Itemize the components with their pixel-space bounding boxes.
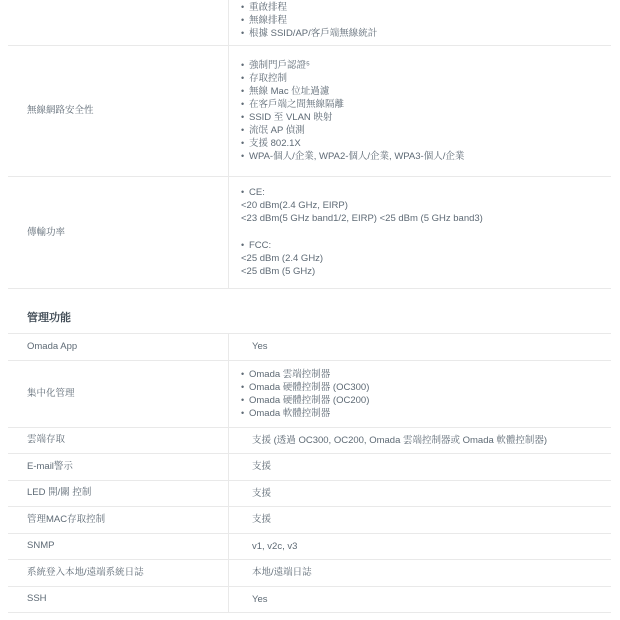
bullet-item: •Omada 硬體控制器 (OC300) [241, 381, 603, 394]
spec-value: 支援 (透過 OC300, OC200, Omada 雲端控制器或 Omada … [228, 428, 611, 454]
spec-row: 管理MAC存取控制支援 [8, 507, 611, 534]
bullet-item: •重啟排程 [241, 1, 603, 14]
spec-value: Yes [228, 334, 611, 360]
bullet-item: •流氓 AP 偵測 [241, 124, 603, 137]
value-line: <25 dBm (5 GHz) [241, 265, 603, 278]
spec-table-wireless: •重啟排程•無線排程•根據 SSID/AP/客戶端無線統計無線網路安全性•強制門… [8, 0, 611, 289]
bullet-text: 根據 SSID/AP/客戶端無線統計 [249, 27, 603, 40]
bullet-item: •Omada 雲端控制器 [241, 368, 603, 381]
value-text: 支援 [252, 461, 603, 473]
spec-label: E-mail警示 [8, 454, 228, 480]
bullet-icon: • [241, 368, 249, 381]
spec-value: 支援 [228, 507, 611, 533]
bullet-text: 流氓 AP 偵測 [249, 124, 603, 137]
spec-value: v1, v2c, v3 [228, 534, 611, 560]
value-line: <25 dBm (2.4 GHz) [241, 252, 603, 265]
bullet-item: •無線 Mac 位址過濾 [241, 85, 603, 98]
bullet-text: 支援 802.1X [249, 137, 603, 150]
bullet-text: Omada 軟體控制器 [249, 407, 603, 420]
value-text: 支援 (透過 OC300, OC200, Omada 雲端控制器或 Omada … [252, 435, 603, 447]
value-text: 本地/遠端日誌 [252, 567, 603, 579]
bullet-text: WPA-個人/企業, WPA2-個人/企業, WPA3-個人/企業 [249, 150, 603, 163]
spec-label: 系統登入本地/遠端系統日誌 [8, 560, 228, 586]
spec-label: Omada App [8, 334, 228, 360]
bullet-icon: • [241, 1, 249, 14]
bullet-icon: • [241, 150, 249, 163]
spec-row: 系統登入本地/遠端系統日誌本地/遠端日誌 [8, 560, 611, 587]
spec-row: 無線網路安全性•強制門戶認證⁵•存取控制•無線 Mac 位址過濾•在客戶端之間無… [8, 46, 611, 177]
spec-row: 雲端存取支援 (透過 OC300, OC200, Omada 雲端控制器或 Om… [8, 428, 611, 455]
spec-value: 本地/遠端日誌 [228, 560, 611, 586]
spec-label: 雲端存取 [8, 428, 228, 454]
bullet-icon: • [241, 124, 249, 137]
bullet-icon: • [241, 394, 249, 407]
spec-value: •重啟排程•無線排程•根據 SSID/AP/客戶端無線統計 [228, 0, 611, 45]
spec-label [8, 0, 228, 45]
value-text: v1, v2c, v3 [252, 541, 603, 553]
bullet-item: •SSID 至 VLAN 映射 [241, 111, 603, 124]
bullet-text: 無線排程 [249, 14, 603, 27]
bullet-item: •Omada 硬體控制器 (OC200) [241, 394, 603, 407]
bullet-icon: • [241, 85, 249, 98]
group-gap [241, 225, 603, 239]
spec-row: LED 開/關 控制支援 [8, 481, 611, 508]
spec-row: SNMPv1, v2c, v3 [8, 534, 611, 561]
value-text: 支援 [252, 514, 603, 526]
bullet-item: •Omada 軟體控制器 [241, 407, 603, 420]
spec-label: SNMP [8, 534, 228, 560]
spec-row: Omada AppYes [8, 334, 611, 361]
spec-row: 傳輸功率•CE:<20 dBm(2.4 GHz, EIRP)<23 dBm(5 … [8, 177, 611, 289]
spec-row: 集中化管理•Omada 雲端控制器•Omada 硬體控制器 (OC300)•Om… [8, 361, 611, 428]
bullet-icon: • [241, 59, 249, 72]
value-line: <23 dBm(5 GHz band1/2, EIRP) <25 dBm (5 … [241, 212, 603, 225]
spec-label: SSH [8, 587, 228, 613]
bullet-text: 重啟排程 [249, 1, 603, 14]
bullet-item: •FCC: [241, 239, 603, 252]
bullet-item: •存取控制 [241, 72, 603, 85]
spec-row: SSHYes [8, 587, 611, 614]
bullet-text: SSID 至 VLAN 映射 [249, 111, 603, 124]
bullet-icon: • [241, 72, 249, 85]
bullet-text: Omada 硬體控制器 (OC300) [249, 381, 603, 394]
bullet-text: 無線 Mac 位址過濾 [249, 85, 603, 98]
bullet-item: •支援 802.1X [241, 137, 603, 150]
bullet-text: 在客戶端之間無線隔離 [249, 98, 603, 111]
bullet-text: Omada 雲端控制器 [249, 368, 603, 381]
spec-label: 傳輸功率 [8, 177, 228, 288]
bullet-icon: • [241, 407, 249, 420]
spec-value: •CE:<20 dBm(2.4 GHz, EIRP)<23 dBm(5 GHz … [228, 177, 611, 288]
bullet-item: •WPA-個人/企業, WPA2-個人/企業, WPA3-個人/企業 [241, 150, 603, 163]
spec-row: E-mail警示支援 [8, 454, 611, 481]
spec-value: •強制門戶認證⁵•存取控制•無線 Mac 位址過濾•在客戶端之間無線隔離•SSI… [228, 46, 611, 176]
spec-value: •Omada 雲端控制器•Omada 硬體控制器 (OC300)•Omada 硬… [228, 361, 611, 427]
spec-label: 管理MAC存取控制 [8, 507, 228, 533]
spec-row: •重啟排程•無線排程•根據 SSID/AP/客戶端無線統計 [8, 0, 611, 46]
section-title-management: 管理功能 [27, 312, 611, 325]
spec-value: 支援 [228, 454, 611, 480]
bullet-item: •CE: [241, 186, 603, 199]
bullet-icon: • [241, 27, 249, 40]
value-text: Yes [252, 341, 603, 353]
bullet-icon: • [241, 98, 249, 111]
bullet-item: •根據 SSID/AP/客戶端無線統計 [241, 27, 603, 40]
value-text: 支援 [252, 488, 603, 500]
bullet-icon: • [241, 111, 249, 124]
value-text: Yes [252, 594, 603, 606]
bullet-text: CE: [249, 186, 603, 199]
bullet-item: •在客戶端之間無線隔離 [241, 98, 603, 111]
spec-value: Yes [228, 587, 611, 613]
bullet-text: 存取控制 [249, 72, 603, 85]
value-line: <20 dBm(2.4 GHz, EIRP) [241, 199, 603, 212]
bullet-text: Omada 硬體控制器 (OC200) [249, 394, 603, 407]
bullet-item: •無線排程 [241, 14, 603, 27]
bullet-icon: • [241, 381, 249, 394]
spec-page: •重啟排程•無線排程•根據 SSID/AP/客戶端無線統計無線網路安全性•強制門… [0, 0, 620, 613]
bullet-item: •強制門戶認證⁵ [241, 59, 603, 72]
bullet-icon: • [241, 14, 249, 27]
bullet-text: FCC: [249, 239, 603, 252]
spec-value: 支援 [228, 481, 611, 507]
bullet-icon: • [241, 137, 249, 150]
spec-label: LED 開/關 控制 [8, 481, 228, 507]
bullet-icon: • [241, 186, 249, 199]
bullet-icon: • [241, 239, 249, 252]
spec-label: 無線網路安全性 [8, 46, 228, 176]
spec-label: 集中化管理 [8, 361, 228, 427]
spec-table-management: Omada AppYes集中化管理•Omada 雲端控制器•Omada 硬體控制… [8, 333, 611, 613]
bullet-text: 強制門戶認證⁵ [249, 59, 603, 72]
